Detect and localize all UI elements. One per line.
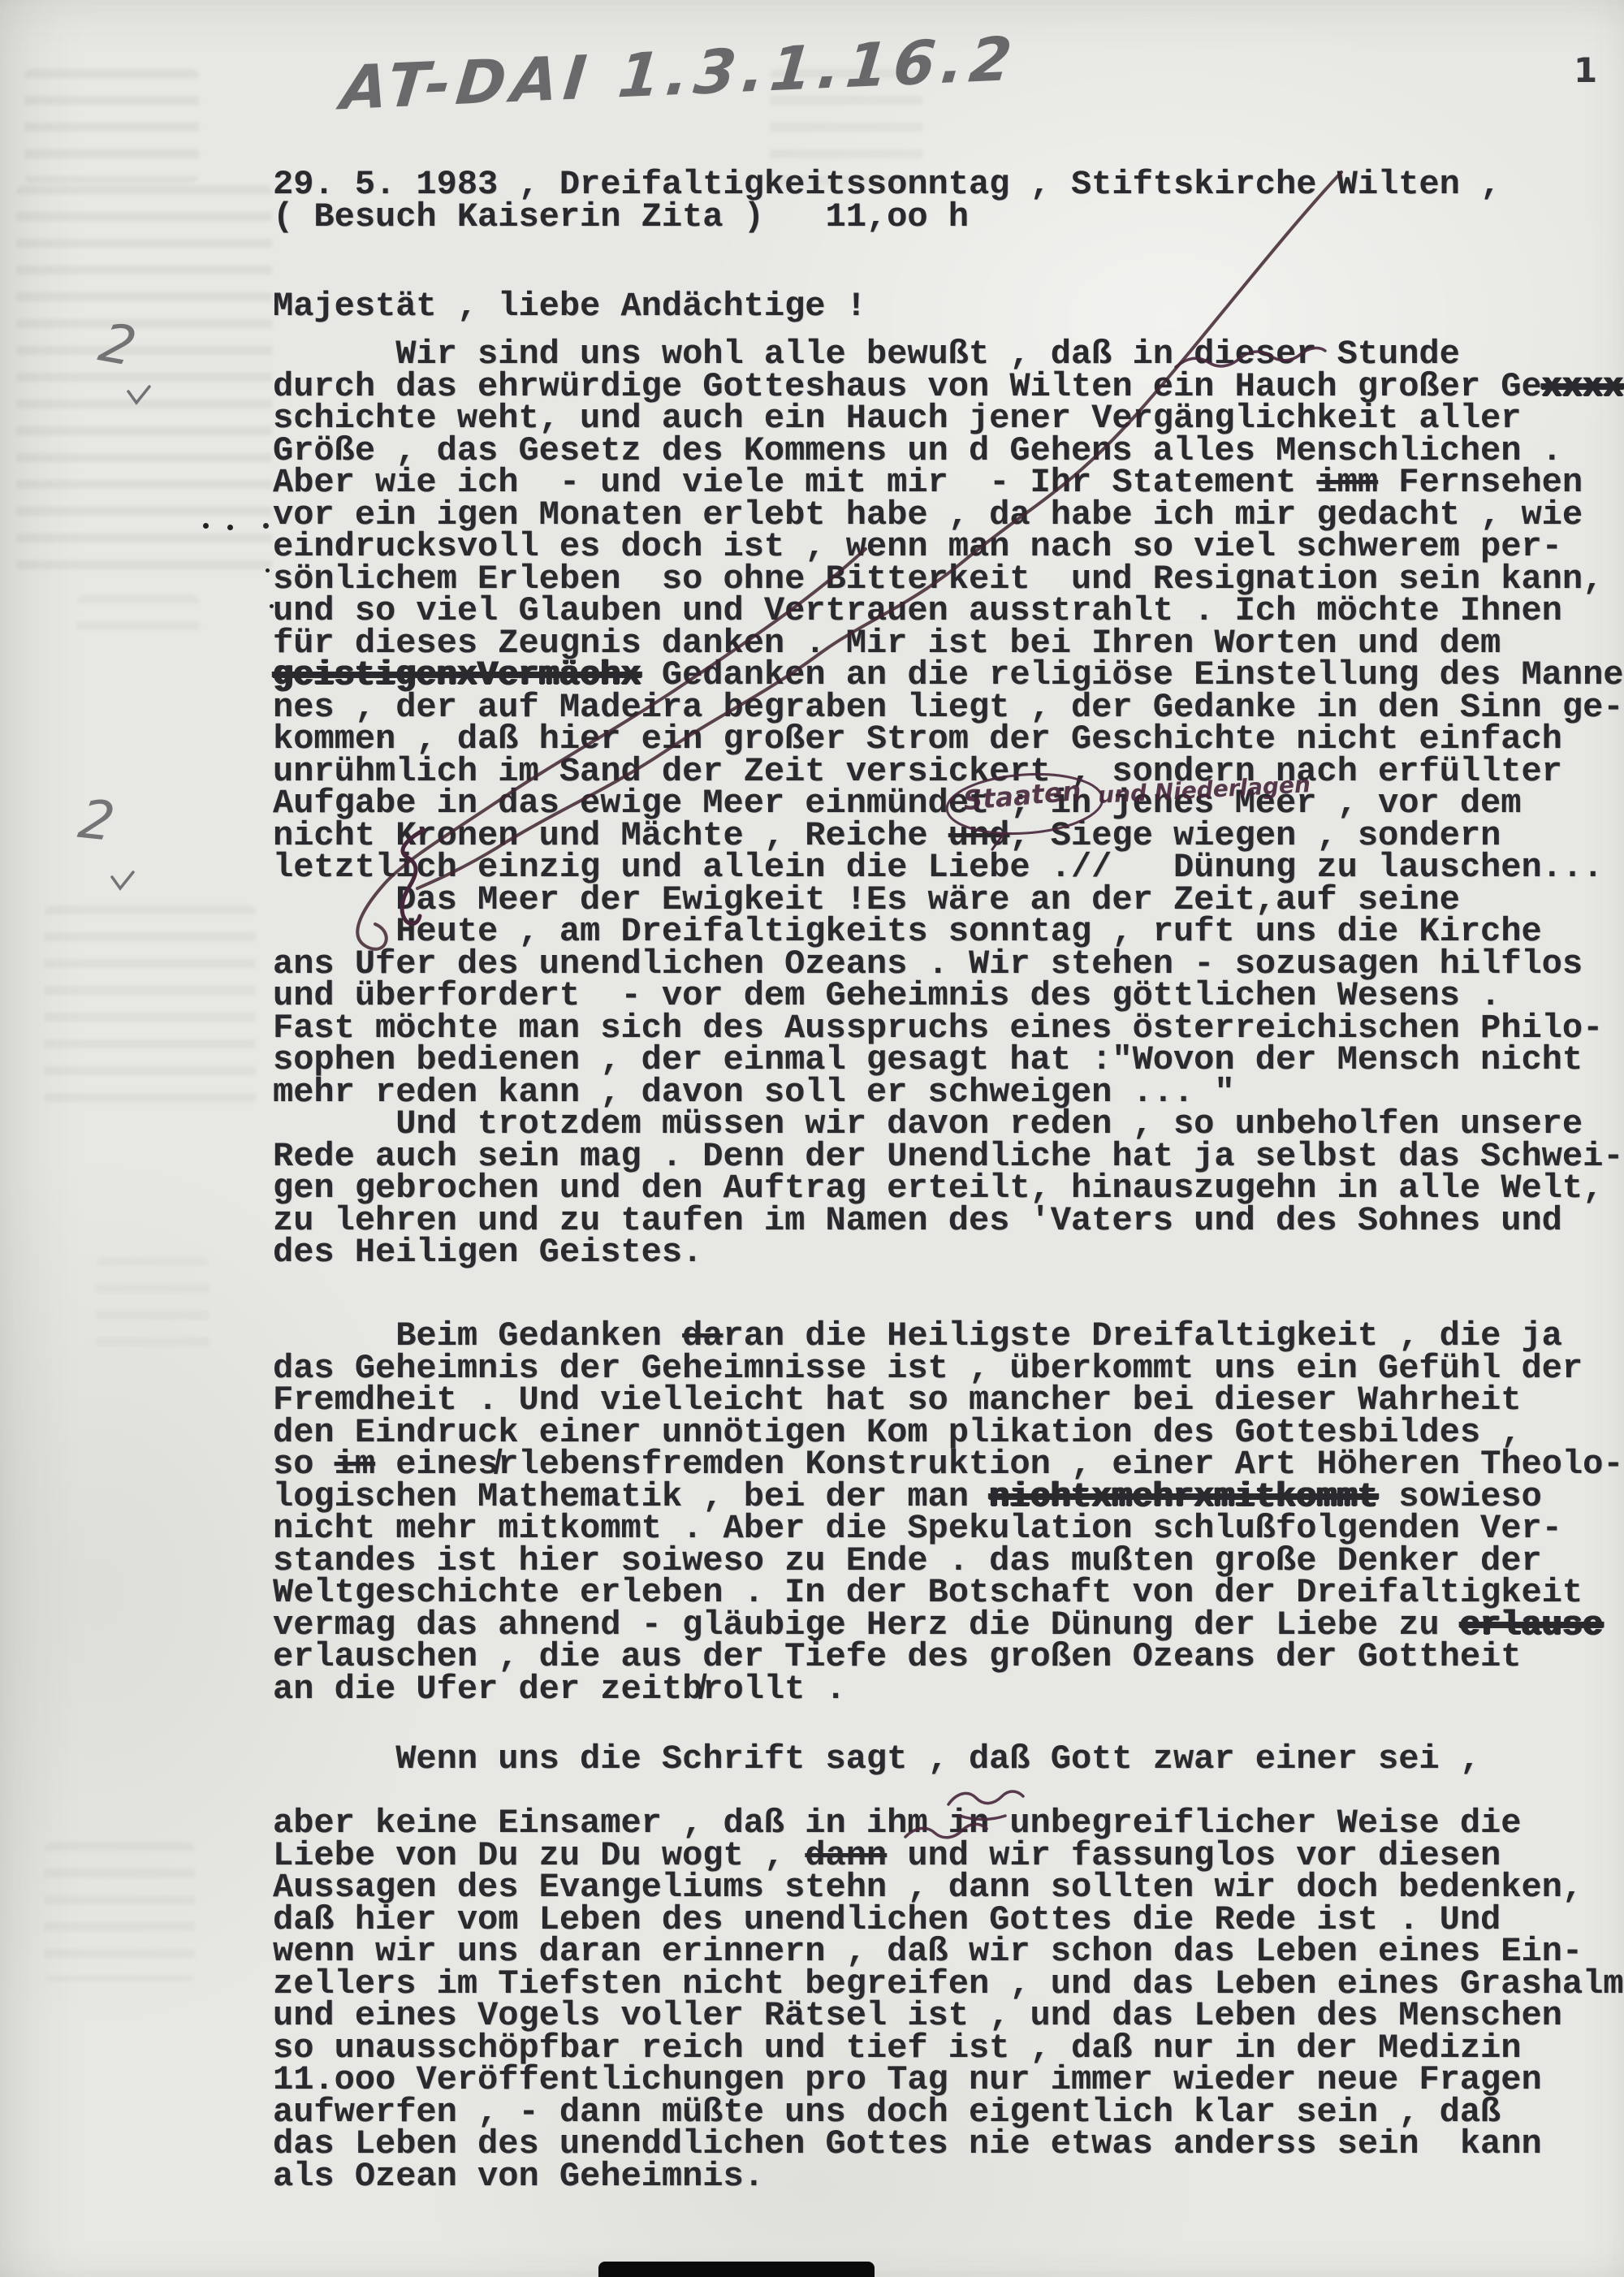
bleedthrough-ghost-text [24, 69, 199, 183]
ink-specks [203, 523, 209, 529]
typed-segment: an die Ufer der zeitb̸rollt . [273, 1670, 846, 1709]
typed-segment: als Ozean von Geheimnis. [273, 2157, 764, 2196]
bleedthrough-ghost-text [45, 1842, 195, 1981]
typed-segment: Wenn uns die Schrift sagt , daß Gott zwa… [273, 1739, 1480, 1778]
margin-note-2-lower: 2 [74, 788, 119, 853]
pencil-check-lower [112, 872, 133, 888]
scanned-typescript-page: AT-DAI 1.3.1.16.2 1 2 2 29. 5. 1983 , Dr… [0, 0, 1624, 2277]
typed-segment: Majestät , liebe Andächtige ! [273, 287, 866, 326]
scan-edge-strip [598, 2262, 875, 2277]
typed-line: ( Besuch Kaiserin Zita ) 11,oo h [273, 201, 1624, 234]
typed-line: als Ozean von Geheimnis. [273, 2161, 1624, 2193]
typed-line: Majestät , liebe Andächtige ! [273, 291, 1624, 323]
typed-line: des Heiligen Geistes. [273, 1237, 1624, 1269]
typed-text: 29. 5. 1983 , Dreifaltigkeitssonntag , S… [273, 169, 1624, 2193]
typed-segment: ( Besuch Kaiserin Zita ) 11,oo h [273, 197, 969, 236]
bleedthrough-ghost-text [77, 594, 199, 643]
bleedthrough-ghost-text [45, 905, 256, 1117]
struck-typed-segment: xxxx [1542, 367, 1624, 406]
typed-line: an die Ufer der zeitb̸rollt . [273, 1674, 1624, 1706]
page-number: 1 [1574, 50, 1597, 90]
typed-segment: des Heiligen Geistes. [273, 1233, 702, 1272]
typed-line: Wenn uns die Schrift sagt , daß Gott zwa… [273, 1743, 1624, 1776]
bleedthrough-ghost-text [96, 1257, 209, 1355]
bleedthrough-ghost-text [16, 185, 272, 575]
